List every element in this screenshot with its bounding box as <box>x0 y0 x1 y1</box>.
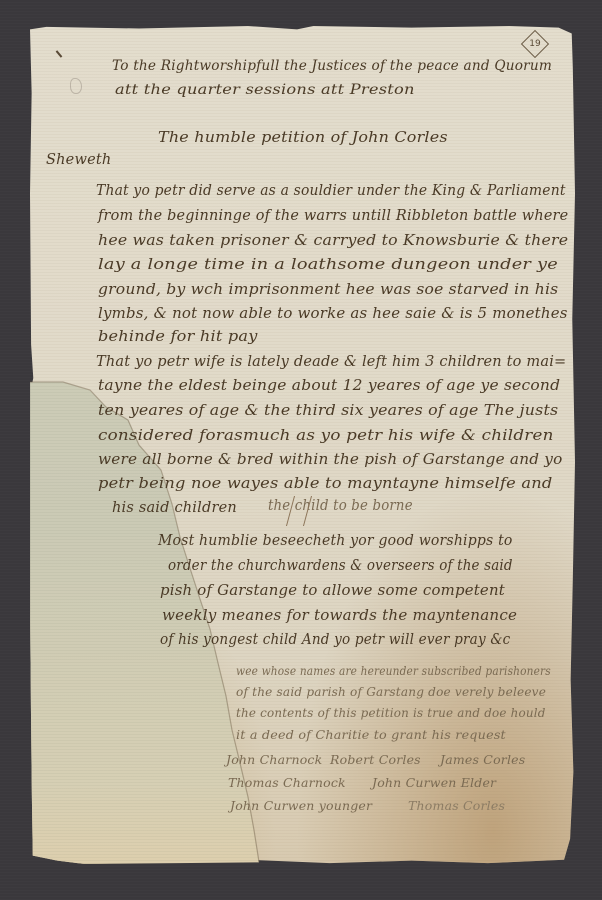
paragraph-2-line-2: tayne the eldest beinge about 12 yeares … <box>98 378 560 394</box>
paragraph-1-line-6: lymbs, & not now able to worke as hee sa… <box>98 306 568 322</box>
prayer-line-4: weekly meanes for towards the mayntenanc… <box>162 608 517 624</box>
attestation-line-2: of the said parish of Garstang doe verel… <box>236 684 546 699</box>
attestation-line-3: the contents of this petition is true an… <box>236 705 546 720</box>
prayer-line-3: pish of Garstange to allowe some compete… <box>160 583 505 599</box>
signature-thomas-corles: Thomas Corles <box>408 798 505 813</box>
paragraph-1-line-3: hee was taken prisoner & carryed to Know… <box>98 233 568 249</box>
paragraph-1-line-7: behinde for hit pay <box>98 329 258 345</box>
salutation: Sheweth <box>46 152 111 168</box>
paragraph-2-line-4: considered forasmuch as yo petr his wife… <box>98 428 554 444</box>
paragraph-2-line-1: That yo petr wife is lately deade & left… <box>96 354 566 370</box>
address-line-1: To the Rightworshipfull the Justices of … <box>112 58 552 74</box>
signature-john-charnock: John Charnock <box>226 752 322 767</box>
paragraph-1-line-4: lay a longe time in a loathsome dungeon … <box>98 257 558 273</box>
signature-john-curwen-younger: John Curwen younger <box>230 798 372 813</box>
folio-number: 19 <box>525 34 545 54</box>
paragraph-2-line-7: his said children <box>112 500 237 516</box>
paragraph-2-line-3: ten yeares of age & the third six yeares… <box>98 403 558 419</box>
attestation-line-4: it a deed of Charitie to grant his reque… <box>236 727 506 742</box>
signature-james-corles: James Corles <box>440 752 525 767</box>
prayer-line-1: Most humblie beseecheth yor good worship… <box>158 533 513 549</box>
petition-title: The humble petition of John Corles <box>158 128 448 146</box>
prayer-line-5: of his yongest child And yo petr will ev… <box>160 632 510 648</box>
prayer-line-2: order the churchwardens & overseers of t… <box>168 558 513 574</box>
attestation-line-1: wee whose names are hereunder subscribed… <box>236 663 551 678</box>
ink-smudge <box>70 78 82 94</box>
paragraph-2-line-6: petr being noe wayes able to mayntayne h… <box>98 476 553 492</box>
signature-john-curwen-elder: John Curwen Elder <box>372 775 496 790</box>
signature-robert-corles: Robert Corles <box>330 752 421 767</box>
paragraph-1-line-1: That yo petr did serve as a souldier und… <box>96 183 566 199</box>
paragraph-1-line-5: ground, by wch imprisonment hee was soe … <box>98 282 558 298</box>
signature-thomas-charnock: Thomas Charnock <box>228 775 346 790</box>
address-line-2: att the quarter sessions att Preston <box>115 82 415 98</box>
paragraph-2-line-5: were all borne & bred within the pish of… <box>98 452 563 468</box>
paragraph-1-line-2: from the beginninge of the warrs untill … <box>98 208 568 224</box>
